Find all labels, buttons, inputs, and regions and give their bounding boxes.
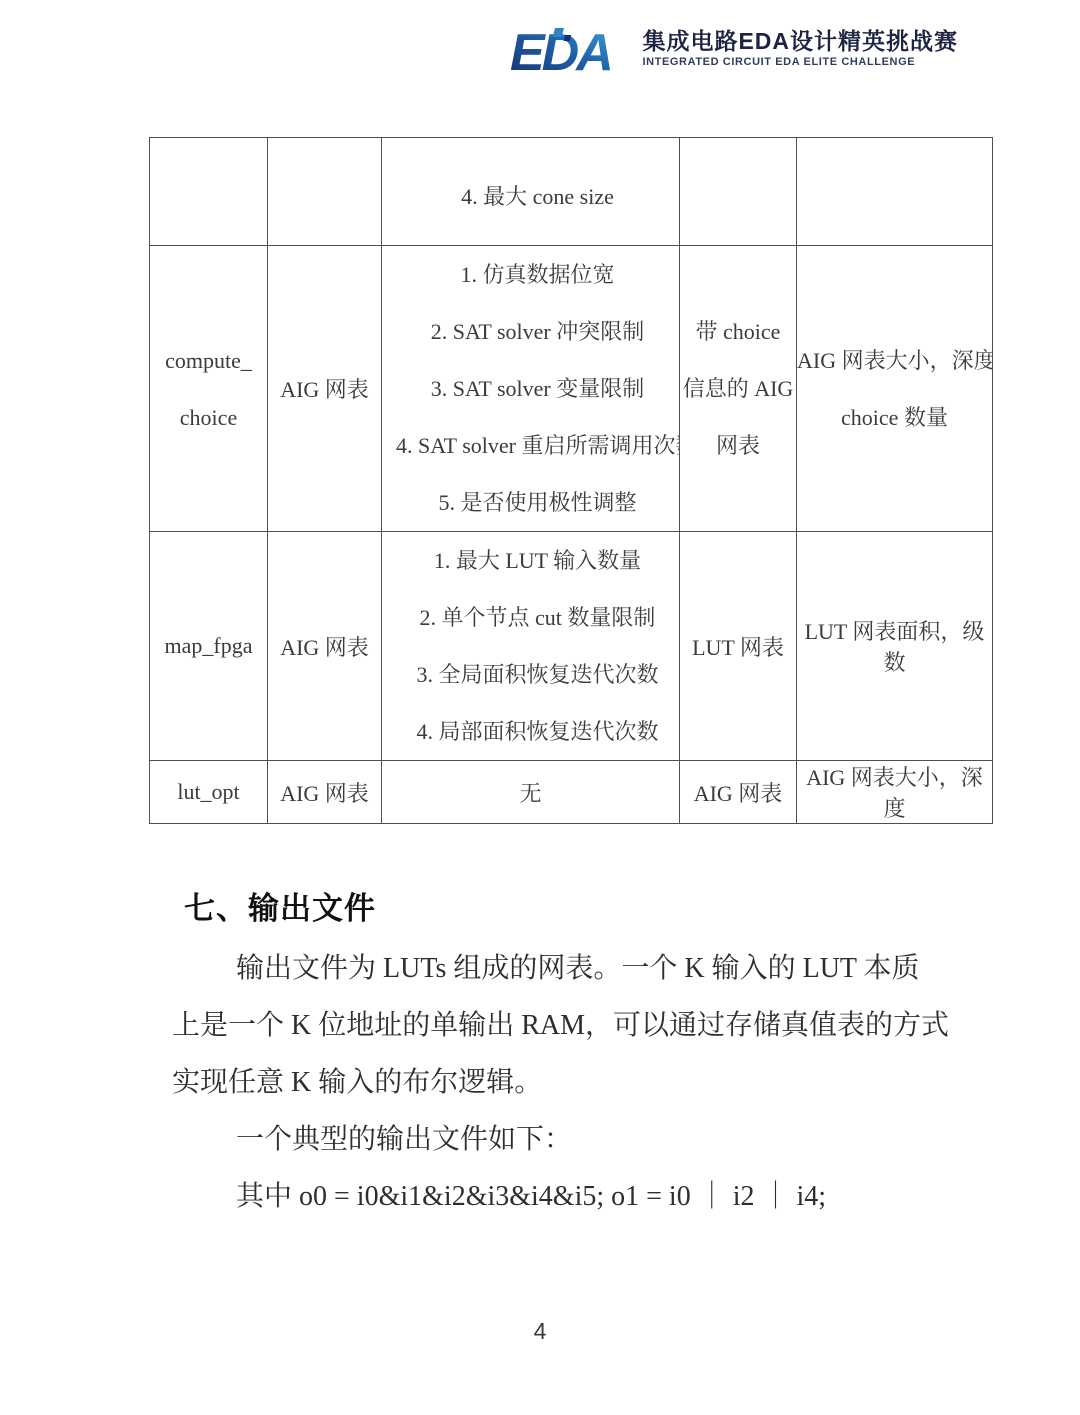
document-page: EDA 集成电路EDA设计精英挑战赛 INTEGRATED CIRCUIT ED… [0,0,1080,1415]
brand-text: 集成电路EDA设计精英挑战赛 INTEGRATED CIRCUIT EDA EL… [642,24,958,70]
cell-line: 4. 局部面积恢复迭代次数 [396,703,679,760]
paragraph-line: 上是一个 K 位地址的单输出 RAM，可以通过存储真值表的方式 [172,997,958,1054]
page-header: EDA 集成电路EDA设计精英挑战赛 INTEGRATED CIRCUIT ED… [0,0,1080,85]
paragraph-line: 实现任意 K 输入的布尔逻辑。 [172,1054,958,1111]
paragraph-line: 一个典型的输出文件如下： [172,1111,958,1168]
cell-stats: LUT 网表面积，级数 [797,532,993,761]
table-row-lut-opt: lut_opt AIG 网表 无 AIG 网表 AIG 网表大小，深度 [150,761,993,824]
cell-stats: AIG 网表大小，深度， choice 数量 [797,246,993,532]
brand-subtitle-en: INTEGRATED CIRCUIT EDA ELITE CHALLENGE [642,55,958,70]
cell-input: AIG 网表 [268,761,382,824]
cell-line: 1. 仿真数据位宽 [396,246,679,303]
cell-output: LUT 网表 [680,532,797,761]
cell-output: 带 choice 信息的 AIG 网表 [680,246,797,532]
cell-line: 网表 [680,417,796,474]
cell-tool: lut_opt [150,761,268,824]
cell-line: 3. SAT solver 变量限制 [396,360,679,417]
cell-line: AIG 网表大小，深度， [797,332,992,389]
cell-params: 1. 最大 LUT 输入数量 2. 单个节点 cut 数量限制 3. 全局面积恢… [382,532,680,761]
cell-line: 4. SAT solver 重启所需调用次数 [396,417,679,474]
cell-input: AIG 网表 [268,246,382,532]
cell-params: 4. 最大 cone size [382,138,680,246]
table-row-compute-choice: compute_ choice AIG 网表 1. 仿真数据位宽 2. SAT … [150,246,993,532]
cell-input: AIG 网表 [268,532,382,761]
cell-params: 无 [382,761,680,824]
cell-line: 1. 最大 LUT 输入数量 [396,532,679,589]
cell-tool: compute_ choice [150,246,268,532]
paragraph-line: 输出文件为 LUTs 组成的网表。一个 K 输入的 LUT 本质 [172,940,958,997]
cell-tool: map_fpga [150,532,268,761]
cell-line: choice [150,389,267,446]
cell-line: 5. 是否使用极性调整 [396,474,679,531]
section-body: 输出文件为 LUTs 组成的网表。一个 K 输入的 LUT 本质 上是一个 K … [172,940,958,1225]
cell-output [680,138,797,246]
cell-line: compute_ [150,332,267,389]
cell-stats [797,138,993,246]
cell-line: 2. 单个节点 cut 数量限制 [396,589,679,646]
brand-title-cn: 集成电路EDA设计精英挑战赛 [642,28,958,55]
cell-line: 2. SAT solver 冲突限制 [396,303,679,360]
cell-line: 信息的 AIG [680,360,796,417]
section-heading: 七、输出文件 [184,890,1080,928]
cell-stats: AIG 网表大小，深度 [797,761,993,824]
page-number: 4 [0,1318,1080,1345]
cell-tool [150,138,268,246]
cell-input [268,138,382,246]
table-row-cone-size: 4. 最大 cone size [150,138,993,246]
eda-logo-icon: EDA [510,24,630,80]
paragraph-line: 其中 o0 = i0&i1&i2&i3&i4&i5; o1 = i0 ｜ i2 … [172,1168,958,1225]
cell-line: choice 数量 [797,389,992,446]
table-row-map-fpga: map_fpga AIG 网表 1. 最大 LUT 输入数量 2. 单个节点 c… [150,532,993,761]
eda-logo: EDA [510,24,630,85]
cell-line: 4. 最大 cone size [396,168,679,225]
cell-output: AIG 网表 [680,761,797,824]
cell-params: 1. 仿真数据位宽 2. SAT solver 冲突限制 3. SAT solv… [382,246,680,532]
cell-line: 带 choice [680,303,796,360]
cell-line: 3. 全局面积恢复迭代次数 [396,646,679,703]
tool-spec-table: 4. 最大 cone size compute_ choice AIG 网表 1… [149,137,993,824]
